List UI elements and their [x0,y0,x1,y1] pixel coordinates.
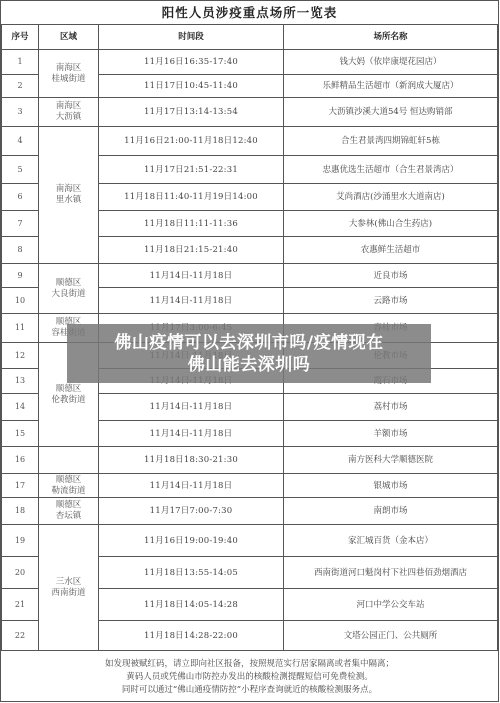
table-title: 阳性人员涉疫重点场所一览表 [2,1,498,25]
header-area: 区域 [39,25,99,50]
row-seq: 20 [2,557,39,589]
header-seq: 序号 [2,25,39,50]
table-row: 3 南海区 大沥镇 11月17日13:14-13:54 大沥镇沙溪大道54号 恒… [2,98,498,127]
area-district: 顺德区 [56,278,82,288]
row-place: 南方医科大学顺德医院 [284,447,498,474]
area-cell: 顺德区 勒流街道 [39,474,99,498]
row-seq: 10 [2,288,39,314]
row-time: 11月16日16:35-17:40 [99,50,284,75]
headline-line-2: 佛山能去深圳吗 [188,354,311,376]
row-time: 11日17日10:45-11:40 [99,75,284,98]
table-row: 4 南海区 里水镇 11月16日21:00-11月18日12:40 合生君景湾四… [2,127,498,156]
row-seq: 19 [2,525,39,557]
table-row: 17 顺德区 勒流街道 11月14日-11月18日 银城市场 [2,474,498,498]
row-time: 11月18日13:55-14:05 [99,557,284,589]
area-subdistrict: 西南街道 [51,588,85,598]
row-seq: 17 [2,474,39,498]
row-seq: 12 [2,343,39,369]
row-seq: 11 [2,314,39,343]
row-place: 南朗市场 [284,498,498,525]
area-subdistrict: 伦教街道 [51,395,85,405]
row-place: 文塔公园正门、公共厕所 [284,621,498,651]
row-seq: 4 [2,127,39,156]
row-time: 11月16日21:00-11月18日12:40 [99,127,284,156]
table-row: 16 11月18日18:30-21:30 南方医科大学顺德医院 [2,447,498,474]
row-seq: 22 [2,621,39,651]
area-cell: 顺德区 杏坛镇 [39,498,99,525]
area-district: 南海区 [56,63,82,73]
row-seq: 15 [2,421,39,447]
footer-line-1: 如发现被赋红码，请立即向社区报备，按照规范实行居家隔离或者集中隔离； [2,658,498,671]
row-seq: 7 [2,211,39,237]
area-district: 南海区 [56,101,82,111]
row-time: 11月18日14:28-22:00 [99,621,284,651]
row-time: 11月14日-11月18日 [99,394,284,421]
row-seq: 13 [2,369,39,394]
row-place: 近良市场 [284,264,498,288]
row-time: 11月17日21:51-22:31 [99,156,284,184]
area-subdistrict: 大沥镇 [56,112,82,122]
row-seq: 5 [2,156,39,184]
row-place: 大沥镇沙溪大道54号 恒达购销部 [284,98,498,127]
row-time: 11月18日11:40-11月19日14:00 [99,184,284,211]
row-place: 云路市场 [284,288,498,314]
table-row: 9 顺德区 大良街道 11月14日-11月18日 近良市场 [2,264,498,288]
headline-overlay: 佛山疫情可以去深圳市吗/疫情现在 佛山能去深圳吗 [67,324,431,383]
area-subdistrict: 杏坛镇 [56,511,82,521]
row-seq: 14 [2,394,39,421]
row-time: 11月14日-11月18日 [99,264,284,288]
area-subdistrict: 桂城街道 [51,74,85,84]
row-place: 乐鲜精品生活超市（新润成大厦店） [284,75,498,98]
row-seq: 6 [2,184,39,211]
row-time: 11月18日21:15-21:40 [99,237,284,264]
row-seq: 8 [2,237,39,264]
row-place: 家汇城百货（金本店） [284,525,498,557]
row-place: 河口中学公交车站 [284,589,498,621]
area-subdistrict: 勒流街道 [51,486,85,496]
row-seq: 3 [2,98,39,127]
area-cell-empty [39,447,99,474]
row-place: 银城市场 [284,474,498,498]
row-seq: 2 [2,75,39,98]
row-seq: 18 [2,498,39,525]
area-district: 顺德区 [56,500,82,510]
area-cell: 南海区 桂城街道 [39,50,99,98]
area-cell: 顺德区 大良街道 [39,264,99,314]
header-place: 场所名称 [284,25,498,50]
table-footer: 如发现被赋红码，请立即向社区报备，按照规范实行居家隔离或者集中隔离； 黄码人员或… [2,651,498,703]
row-time: 11月18日14:05-14:28 [99,589,284,621]
row-time: 11月17日13:14-13:54 [99,98,284,127]
row-seq: 1 [2,50,39,75]
row-place: 大参林(佛山合生药店) [284,211,498,237]
row-place: 荔村市场 [284,394,498,421]
footer-line-3: 同时可以通过“佛山通疫情防控”小程序查询就近的核酸检测服务点。 [2,684,498,697]
area-district: 三水区 [56,577,82,587]
row-place: 羊额市场 [284,421,498,447]
area-subdistrict: 里水镇 [56,195,82,205]
row-time: 11月14日-11月18日 [99,288,284,314]
row-seq: 21 [2,589,39,621]
row-time: 11月18日18:30-21:30 [99,447,284,474]
row-time: 11月14日-11月18日 [99,421,284,447]
row-place: 农惠鲜生活超市 [284,237,498,264]
area-subdistrict: 大良街道 [51,289,85,299]
area-district: 顺德区 [56,384,82,394]
table-row: 18 顺德区 杏坛镇 11月17日7:00-7:30 南朗市场 [2,498,498,525]
area-cell: 三水区 西南街道 [39,525,99,651]
footer-line-2: 黄码人员或凭佛山市防控办发出的核酸检测提醒短信可免费检测。 [2,671,498,684]
area-district: 顺德区 [56,475,82,485]
row-time: 11月16日19:00-19:40 [99,525,284,557]
row-time: 11月17日7:00-7:30 [99,498,284,525]
row-place: 忠惠优选生活超市（合生君景湾店） [284,156,498,184]
row-seq: 9 [2,264,39,288]
table-row: 19 三水区 西南街道 11月16日19:00-19:40 家汇城百货（金本店） [2,525,498,557]
table-header-row: 序号 区域 时间段 场所名称 [2,25,498,50]
area-cell: 南海区 里水镇 [39,127,99,264]
header-time: 时间段 [99,25,284,50]
row-time: 11月14日-11月18日 [99,474,284,498]
table-row: 1 南海区 桂城街道 11月16日16:35-17:40 钱大妈（依岸康堤花园店… [2,50,498,75]
row-place: 艾尚酒店(沙涌里水大道南店) [284,184,498,211]
row-time: 11月18日11:11-11:36 [99,211,284,237]
area-cell: 南海区 大沥镇 [39,98,99,127]
row-seq: 16 [2,447,39,474]
area-district: 南海区 [56,184,82,194]
row-place: 钱大妈（依岸康堤花园店） [284,50,498,75]
footer-notice: 如发现被赋红码，请立即向社区报备，按照规范实行居家隔离或者集中隔离； 黄码人员或… [2,651,498,703]
row-place: 合生君景湾四期锦虹轩5栋 [284,127,498,156]
headline-line-1: 佛山疫情可以去深圳市吗/疫情现在 [114,332,383,354]
row-place: 西南街道河口魁岗村下社四巷佰劲烟酒店 [284,557,498,589]
